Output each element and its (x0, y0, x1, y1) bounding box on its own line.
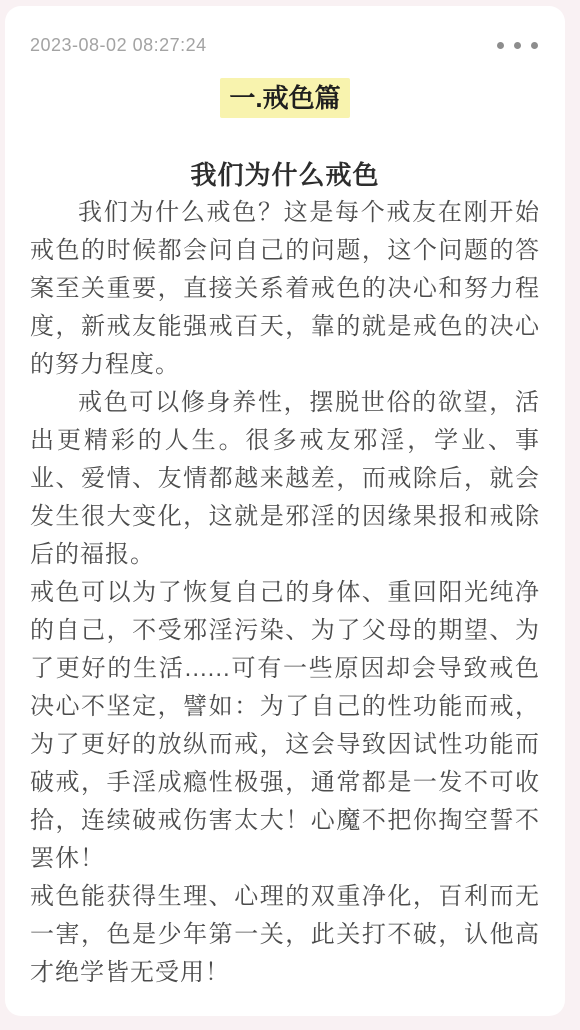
article-body: 我们为什么戒色？这是每个戒友在刚开始戒色的时候都会问自己的问题，这个问题的答案至… (30, 194, 540, 992)
document-heading: 我们为什么戒色 (30, 156, 540, 194)
section-title-highlighted: 一.戒色篇 (220, 78, 349, 118)
paragraph: 戒色能获得生理、心理的双重净化，百利而无一害，色是少年第一关，此关打不破，认他高… (30, 878, 540, 992)
paragraph: 我们为什么戒色？这是每个戒友在刚开始戒色的时候都会问自己的问题，这个问题的答案至… (30, 194, 540, 384)
ellipsis-horizontal-icon (497, 42, 538, 49)
paragraph: 戒色可以为了恢复自己的身体、重回阳光纯净的自己，不受邪淫污染、为了父母的期望、为… (30, 574, 540, 878)
timestamp: 2023-08-02 08:27:24 (30, 35, 207, 56)
more-options-button[interactable] (495, 38, 540, 53)
note-card: 2023-08-02 08:27:24 一.戒色篇 我们为什么戒色 我们为什么戒… (5, 6, 565, 1016)
note-header: 2023-08-02 08:27:24 (30, 32, 540, 58)
paragraph: 戒色可以修身养性，摆脱世俗的欲望，活出更精彩的人生。很多戒友邪淫，学业、事业、爱… (30, 384, 540, 574)
section-title-row: 一.戒色篇 (30, 78, 540, 118)
